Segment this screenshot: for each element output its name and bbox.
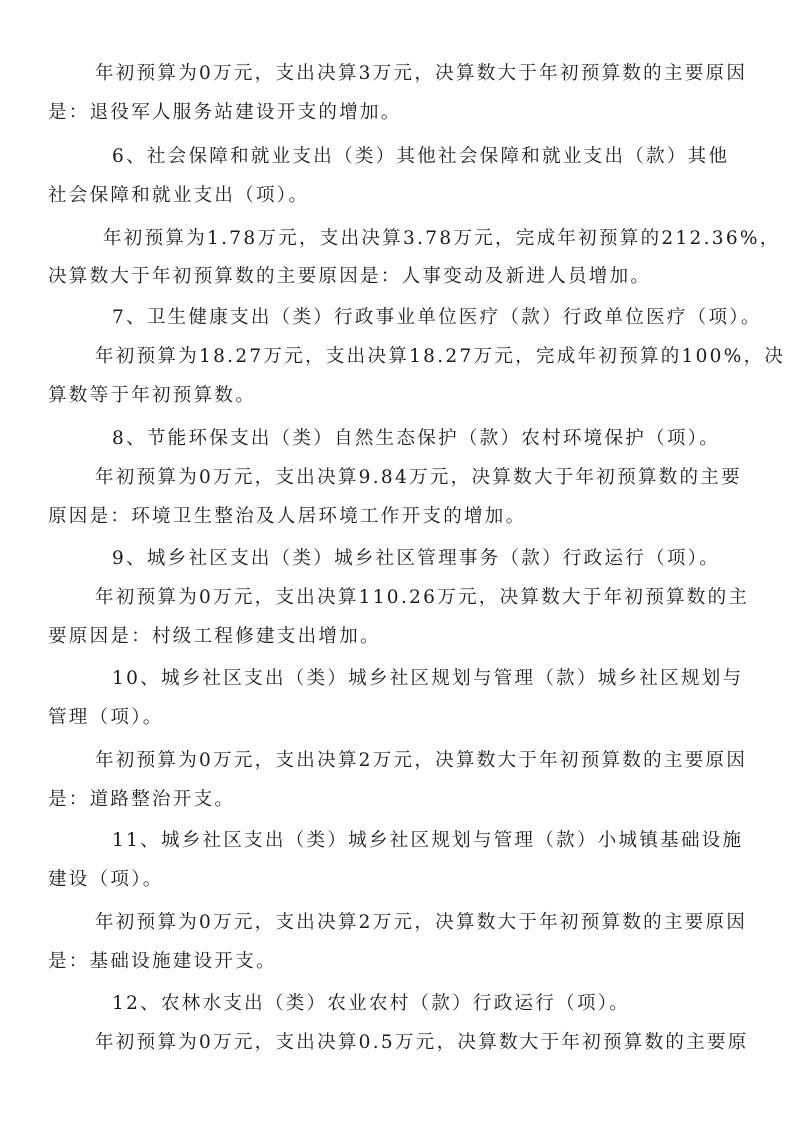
section-heading-10: 10、城乡社区支出（类）城乡社区规划与管理（款）城乡社区规划与 [112, 667, 793, 691]
document-page: 年初预算为0万元，支出决算3万元，决算数大于年初预算数的主要原因 是：退役军人服… [0, 0, 793, 1122]
section-heading-6: 6、社会保障和就业支出（类）其他社会保障和就业支出（款）其他 [112, 145, 793, 169]
text-line-2: 是：退役军人服务站建设开支的增加。 [48, 101, 748, 125]
text-line-12: 原因是：环境卫生整治及人居环境工作开支的增加。 [48, 505, 748, 529]
text-line-18: 年初预算为0万元，支出决算2万元，决算数大于年初预算数的主要原因 [95, 749, 793, 773]
text-line-17: 管理（项）。 [48, 706, 748, 730]
text-line-23: 是：基础设施建设开支。 [48, 950, 748, 974]
text-line-1: 年初预算为0万元，支出决算3万元，决算数大于年初预算数的主要原因 [95, 62, 793, 86]
text-line-15: 要原因是：村级工程修建支出增加。 [48, 625, 748, 649]
text-line-11: 年初预算为0万元，支出决算9.84万元，决算数大于年初预算数的主要 [95, 466, 793, 490]
text-line-22: 年初预算为0万元，支出决算2万元，决算数大于年初预算数的主要原因 [95, 911, 793, 935]
text-line-21: 建设（项）。 [48, 868, 748, 892]
text-line-25: 年初预算为0万元，支出决算0.5万元，决算数大于年初预算数的主要原 [95, 1031, 793, 1055]
text-line-8: 年初预算为18.27万元，支出决算18.27万元，完成年初预算的100%，决 [95, 345, 793, 369]
section-heading-12: 12、农林水支出（类）农业农村（款）行政运行（项）。 [112, 992, 793, 1016]
text-line-19: 是：道路整治开支。 [48, 788, 748, 812]
section-heading-7: 7、卫生健康支出（类）行政事业单位医疗（款）行政单位医疗（项）。 [112, 306, 793, 330]
text-line-6: 决算数大于年初预算数的主要原因是：人事变动及新进人员增加。 [48, 265, 748, 289]
section-heading-8: 8、节能环保支出（类）自然生态保护（款）农村环境保护（项）。 [112, 427, 793, 451]
text-line-14: 年初预算为0万元，支出决算110.26万元，决算数大于年初预算数的主 [95, 586, 793, 610]
text-line-4: 社会保障和就业支出（项）。 [48, 184, 748, 208]
text-line-5: 年初预算为1.78万元，支出决算3.78万元，完成年初预算的212.36%， [103, 227, 793, 251]
text-line-9: 算数等于年初预算数。 [48, 384, 748, 408]
section-heading-9: 9、城乡社区支出（类）城乡社区管理事务（款）行政运行（项）。 [112, 547, 793, 571]
section-heading-11: 11、城乡社区支出（类）城乡社区规划与管理（款）小城镇基础设施 [112, 829, 793, 853]
